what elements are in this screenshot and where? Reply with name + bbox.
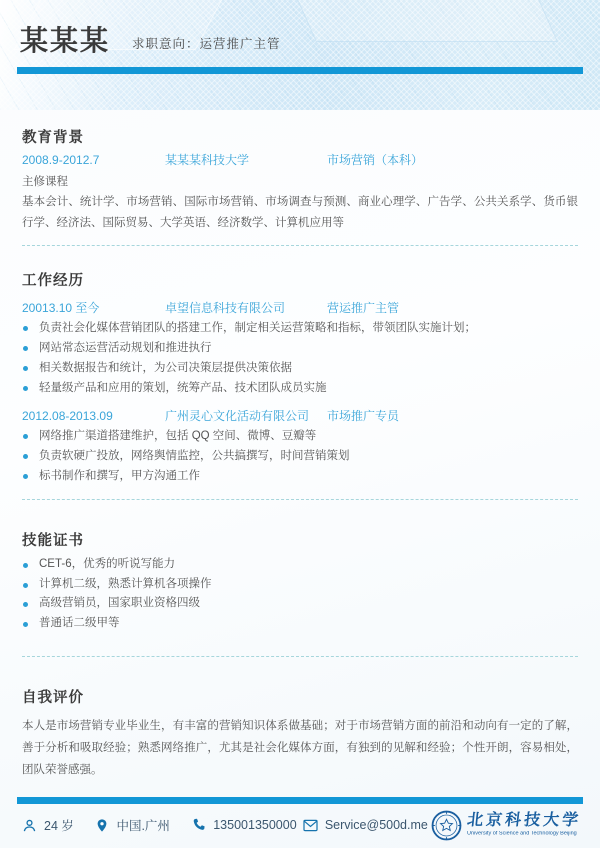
duty-text: 负责软硬广投放，网络舆情监控，公共搞撰写，时间营销策划 <box>39 446 350 466</box>
education-period: 2008.9-2012.7 <box>22 150 165 170</box>
location-text: 中国.广州 <box>116 816 169 834</box>
resume-page: 某某某 求职意向：运营推广主管 教育背景 2008.9-2012.7 某某某科技… <box>0 0 600 848</box>
job-row: 20013.10 至今 卓望信息科技有限公司 营运推广主管 <box>22 298 578 318</box>
skill-item: 高级营销员，国家职业资格四级 <box>22 594 578 614</box>
location-item: 中国.广州 <box>95 816 192 834</box>
bullet-dot-icon <box>23 474 28 479</box>
header: 某某某 求职意向：运营推广主管 <box>0 0 600 110</box>
education-detail-row: 2008.9-2012.7 某某某科技大学 市场营销（本科） <box>22 150 578 170</box>
duty-item: 轻量级产品和应用的策划，统筹产品、技术团队成员实施 <box>22 378 578 398</box>
courses-text: 基本会计、统计学、市场营销、国际市场营销、市场调查与预测、商业心理学、广告学、公… <box>22 192 578 234</box>
evaluation-section-title: 自我评价 <box>22 688 578 708</box>
email-text: Service@500d.me <box>325 818 428 832</box>
duty-item: 负责软硬广投放，网络舆情监控，公共搞撰写，时间营销策划 <box>22 446 578 466</box>
bullet-dot-icon <box>23 563 28 568</box>
header-inner: 某某某 求职意向：运营推广主管 <box>20 26 580 56</box>
section-separator <box>22 656 578 657</box>
education-major: 市场营销（本科） <box>327 150 578 170</box>
job-position: 营运推广主管 <box>327 298 578 318</box>
skills-list: CET-6，优秀的听说写能力 计算机二级，熟悉计算机各项操作 高级营销员，国家职… <box>22 555 578 633</box>
location-pin-icon <box>95 818 109 833</box>
job-period: 20013.10 至今 <box>22 298 165 318</box>
bullet-dot-icon <box>23 326 28 331</box>
job-intention: 求职意向：运营推广主管 <box>132 34 281 56</box>
job-duties-list: 网络推广渠道搭建维护，包括 QQ 空间、微博、豆瓣等 负责软硬广投放，网络舆情监… <box>22 426 578 486</box>
duty-text: 网站常态运营活动规划和推进执行 <box>39 338 212 358</box>
university-logo: 北京科技大学 University of Science and Technol… <box>431 810 586 841</box>
bullet-dot-icon <box>23 583 28 588</box>
phone-icon <box>192 818 206 832</box>
bullet-dot-icon <box>23 434 28 439</box>
age-item: 24 岁 <box>22 816 95 834</box>
duty-text: 负责社会化媒体营销团队的搭建工作，制定相关运营策略和指标，带领团队实施计划； <box>39 318 476 338</box>
skill-text: 计算机二级，熟悉计算机各项操作 <box>39 575 212 595</box>
section-separator <box>22 499 578 500</box>
duty-text: 网络推广渠道搭建维护，包括 QQ 空间、微博、豆瓣等 <box>39 426 316 446</box>
footer-accent-bar <box>17 797 583 804</box>
person-icon <box>22 818 37 833</box>
email-item: Service@500d.me <box>303 818 431 832</box>
courses-label: 主修课程 <box>22 172 578 192</box>
phone-text: 135001350000 <box>213 818 296 832</box>
duty-item: 负责社会化媒体营销团队的搭建工作，制定相关运营策略和指标，带领团队实施计划； <box>22 318 578 338</box>
bullet-dot-icon <box>23 602 28 607</box>
skill-item: CET-6，优秀的听说写能力 <box>22 555 578 575</box>
bullet-dot-icon <box>23 622 28 627</box>
job-row: 2012.08-2013.09 广州灵心文化活动有限公司 市场推广专员 <box>22 406 578 426</box>
evaluation-text: 本人是市场营销专业毕业生，有丰富的营销知识体系做基础；对于市场营销方面的前沿和动… <box>22 715 578 781</box>
duty-item: 网站常态运营活动规划和推进执行 <box>22 338 578 358</box>
bullet-dot-icon <box>23 366 28 371</box>
university-seal-icon <box>431 810 462 841</box>
bullet-dot-icon <box>23 346 28 351</box>
skill-item: 普通话二级甲等 <box>22 614 578 634</box>
duty-text: 相关数据报告和统计，为公司决策层提供决策依据 <box>39 358 292 378</box>
bullet-dot-icon <box>23 454 28 459</box>
duty-item: 相关数据报告和统计，为公司决策层提供决策依据 <box>22 358 578 378</box>
header-accent-bar <box>17 67 583 74</box>
duty-text: 标书制作和撰写，甲方沟通工作 <box>39 466 200 486</box>
education-school: 某某某科技大学 <box>165 150 327 170</box>
section-separator <box>22 245 578 246</box>
job-company: 广州灵心文化活动有限公司 <box>165 406 327 426</box>
job-position: 市场推广专员 <box>327 406 578 426</box>
duty-text: 轻量级产品和应用的策划，统筹产品、技术团队成员实施 <box>39 378 327 398</box>
skill-text: 高级营销员，国家职业资格四级 <box>39 594 200 614</box>
university-name: 北京科技大学 University of Science and Technol… <box>467 813 586 837</box>
university-name-en: University of Science and Technology Bei… <box>467 831 577 837</box>
phone-item: 135001350000 <box>192 818 303 832</box>
work-section-title: 工作经历 <box>22 271 578 291</box>
education-section-title: 教育背景 <box>22 128 578 148</box>
skill-text: CET-6，优秀的听说写能力 <box>39 555 175 575</box>
duty-item: 网络推广渠道搭建维护，包括 QQ 空间、微博、豆瓣等 <box>22 426 578 446</box>
skills-section-title: 技能证书 <box>22 531 578 551</box>
skill-item: 计算机二级，熟悉计算机各项操作 <box>22 575 578 595</box>
resume-content: 教育背景 2008.9-2012.7 某某某科技大学 市场营销（本科） 主修课程… <box>22 118 578 781</box>
job-duties-list: 负责社会化媒体营销团队的搭建工作，制定相关运营策略和指标，带领团队实施计划； 网… <box>22 318 578 398</box>
footer: 24 岁 中国.广州 135001350000 Service@500d.me <box>22 808 586 842</box>
job-company: 卓望信息科技有限公司 <box>165 298 327 318</box>
age-text: 24 岁 <box>44 816 74 834</box>
university-name-cn: 北京科技大学 <box>466 813 587 829</box>
duty-item: 标书制作和撰写，甲方沟通工作 <box>22 466 578 486</box>
job-period: 2012.08-2013.09 <box>22 406 165 426</box>
skill-text: 普通话二级甲等 <box>39 614 120 634</box>
email-icon <box>303 819 318 832</box>
bullet-dot-icon <box>23 386 28 391</box>
candidate-name: 某某某 <box>20 26 110 56</box>
